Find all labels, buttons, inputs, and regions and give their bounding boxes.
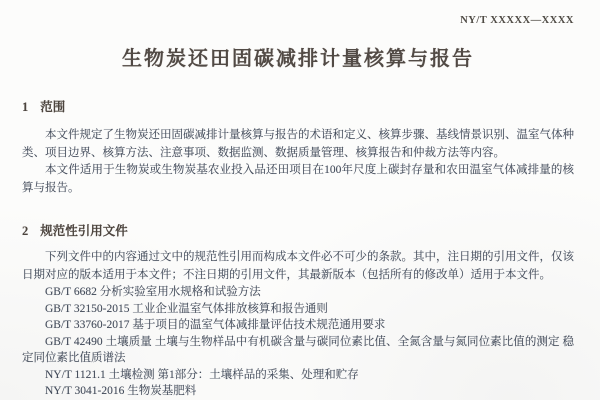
document-page: NY/T XXXXX—XXXX 生物炭还田固碳减排计量核算与报告 1范围 本文件… xyxy=(0,0,600,400)
reference-item: NY/T 1121.1 土壤检测 第1部分：土壤样品的采集、处理和贮存 xyxy=(22,367,574,384)
reference-item: GB/T 42490 土壤质量 土壤与生物样品中有机碳含量与碳同位素比值、全氮含… xyxy=(22,334,574,367)
reference-item: NY/T 3041-2016 生物炭基肥料 xyxy=(22,383,574,400)
paragraph: 本文件规定了生物炭还田固碳减排计量核算与报告的术语和定义、核算步骤、基线情景识别… xyxy=(22,127,574,162)
reference-item: GB/T 33760-2017 基于项目的温室气体减排量评估技术规范通用要求 xyxy=(22,317,574,334)
reference-item: GB/T 6682 分析实验室用水规格和试验方法 xyxy=(22,284,574,301)
reference-item: GB/T 32150-2015 工业企业温室气体排放核算和报告通则 xyxy=(22,301,574,318)
normative-reference-list: GB/T 6682 分析实验室用水规格和试验方法 GB/T 32150-2015… xyxy=(22,284,574,400)
document-title: 生物炭还田固碳减排计量核算与报告 xyxy=(22,45,574,73)
paragraph: 下列文件中的内容通过文中的规范性引用而构成本文件必不可少的条款。其中，注日期的引… xyxy=(22,249,574,284)
paragraph: 本文件适用于生物炭或生物炭基农业投入品还田项目在100年尺度上碳封存量和农田温室… xyxy=(22,162,574,197)
section-2-title: 规范性引用文件 xyxy=(40,224,128,238)
section-2-number: 2 xyxy=(22,224,28,238)
section-1-title: 范围 xyxy=(40,100,65,114)
section-2-heading: 2规范性引用文件 xyxy=(22,223,574,239)
section-1-number: 1 xyxy=(22,100,28,114)
section-1-heading: 1范围 xyxy=(22,99,574,115)
doc-number: NY/T XXXXX—XXXX xyxy=(22,14,574,28)
section-2-body: 下列文件中的内容通过文中的规范性引用而构成本文件必不可少的条款。其中，注日期的引… xyxy=(22,249,574,284)
section-1-body: 本文件规定了生物炭还田固碳减排计量核算与报告的术语和定义、核算步骤、基线情景识别… xyxy=(22,127,574,197)
